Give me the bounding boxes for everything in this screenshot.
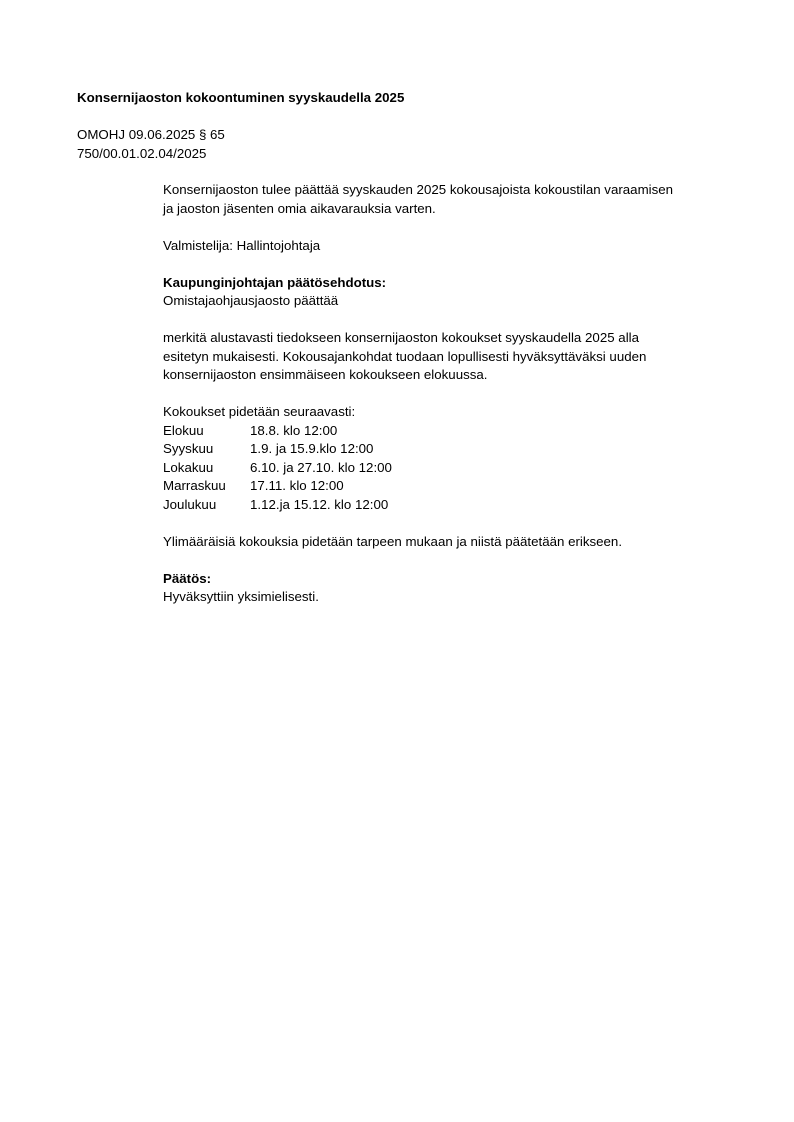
extra-meetings-note: Ylimääräisiä kokouksia pidetään tarpeen … (163, 533, 743, 552)
preparer: Valmistelija: Hallintojohtaja (163, 237, 743, 256)
intro-paragraph: Konsernijaoston tulee päättää syyskauden… (163, 181, 743, 218)
document-title: Konsernijaoston kokoontuminen syyskaudel… (77, 89, 404, 108)
meeting-month: Lokakuu (163, 459, 250, 478)
intro-line: Konsernijaoston tulee päättää syyskauden… (163, 181, 743, 200)
meeting-dates: 17.11. klo 12:00 (250, 477, 344, 496)
meeting-row: Elokuu 18.8. klo 12:00 (163, 422, 743, 441)
proposal-section: Kaupunginjohtajan päätösehdotus: Omistaj… (163, 274, 743, 385)
meetings-section: Kokoukset pidetään seuraavasti: Elokuu 1… (163, 403, 743, 514)
meeting-row: Lokakuu 6.10. ja 27.10. klo 12:00 (163, 459, 743, 478)
intro-line: ja jaoston jäsenten omia aikavarauksia v… (163, 200, 743, 219)
document-body: Konsernijaoston tulee päättää syyskauden… (163, 181, 743, 607)
meeting-row: Marraskuu 17.11. klo 12:00 (163, 477, 743, 496)
proposal-line: konsernijaoston ensimmäiseen kokoukseen … (163, 366, 743, 385)
proposal-line: esitetyn mukaisesti. Kokousajankohdat tu… (163, 348, 743, 367)
proposal-subject: Omistajaohjausjaosto päättää (163, 292, 743, 311)
meeting-month: Elokuu (163, 422, 250, 441)
meeting-reference: OMOHJ 09.06.2025 § 65 (77, 126, 225, 145)
meeting-row: Syyskuu 1.9. ja 15.9.klo 12:00 (163, 440, 743, 459)
meeting-month: Syyskuu (163, 440, 250, 459)
reference-block: OMOHJ 09.06.2025 § 65 750/00.01.02.04/20… (77, 126, 225, 163)
meeting-dates: 1.9. ja 15.9.klo 12:00 (250, 440, 373, 459)
document-page: Konsernijaoston kokoontuminen syyskaudel… (0, 0, 794, 1122)
decision-heading: Päätös: (163, 570, 743, 589)
meeting-dates: 18.8. klo 12:00 (250, 422, 337, 441)
decision-section: Päätös: Hyväksyttiin yksimielisesti. (163, 570, 743, 607)
meeting-dates: 1.12.ja 15.12. klo 12:00 (250, 496, 388, 515)
meetings-intro: Kokoukset pidetään seuraavasti: (163, 403, 743, 422)
decision-text: Hyväksyttiin yksimielisesti. (163, 588, 743, 607)
proposal-heading: Kaupunginjohtajan päätösehdotus: (163, 274, 743, 293)
proposal-line: merkitä alustavasti tiedokseen konsernij… (163, 329, 743, 348)
record-id: 750/00.01.02.04/2025 (77, 145, 225, 164)
meeting-dates: 6.10. ja 27.10. klo 12:00 (250, 459, 392, 478)
meeting-row: Joulukuu 1.12.ja 15.12. klo 12:00 (163, 496, 743, 515)
meeting-month: Marraskuu (163, 477, 250, 496)
meeting-month: Joulukuu (163, 496, 250, 515)
